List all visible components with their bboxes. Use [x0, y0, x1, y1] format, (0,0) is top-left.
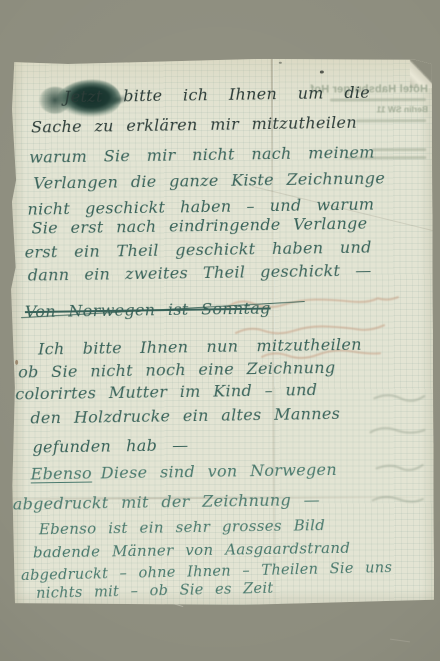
letterhead-illegible-line: [372, 148, 426, 151]
handwriting-line-13: gefunden hab —: [32, 435, 188, 456]
handwriting-line-8: dann ein zweites Theil geschickt —: [28, 261, 372, 285]
letter-page: Hôtel Habsburger Hof Berlin SW 11 Jetzt …: [9, 58, 434, 606]
handwriting-line-16: Ebenso ist ein sehr grosses Bild: [39, 516, 326, 538]
handwriting-line-19: nichts mit – ob Sie es Zeit: [36, 581, 274, 602]
photograph-background: Hôtel Habsburger Hof Berlin SW 11 Jetzt …: [0, 0, 440, 661]
handwriting-line-17: badende Männer von Aasgaardstrand: [33, 539, 351, 562]
handwriting-line-7: erst ein Theil geschickt haben und: [25, 238, 372, 262]
handwriting-line-14: EbensoDiese sind von Norwegen: [30, 460, 337, 484]
handwriting-line-12: den Holzdrucke ein altes Mannes: [30, 404, 340, 428]
underlined-word: Ebenso: [30, 464, 92, 484]
handwriting-line-6: Sie erst nach eindringende Verlange: [31, 214, 367, 238]
letterhead-illegible-line: [356, 119, 426, 122]
ink-speck: [320, 71, 324, 74]
handwriting-line-18: abgedruckt – ohne Ihnen – Theilen Sie un…: [21, 560, 392, 584]
handwriting-line-10: ob Sie nicht noch eine Zeichnung: [18, 358, 336, 382]
line-remainder: Diese sind von Norwegen: [92, 460, 337, 483]
handwriting-line-4: Verlangen die ganze Kiste Zeichnunge: [33, 168, 385, 192]
struck-through-line: Von Norwegen ist Sonntag: [25, 298, 271, 321]
background-scratch: [390, 639, 410, 643]
ink-speck: [279, 62, 282, 64]
handwriting-line-3: warum Sie mir nicht nach meinem: [29, 143, 375, 167]
reverse-writing-bleedthrough-gray: [366, 388, 431, 518]
